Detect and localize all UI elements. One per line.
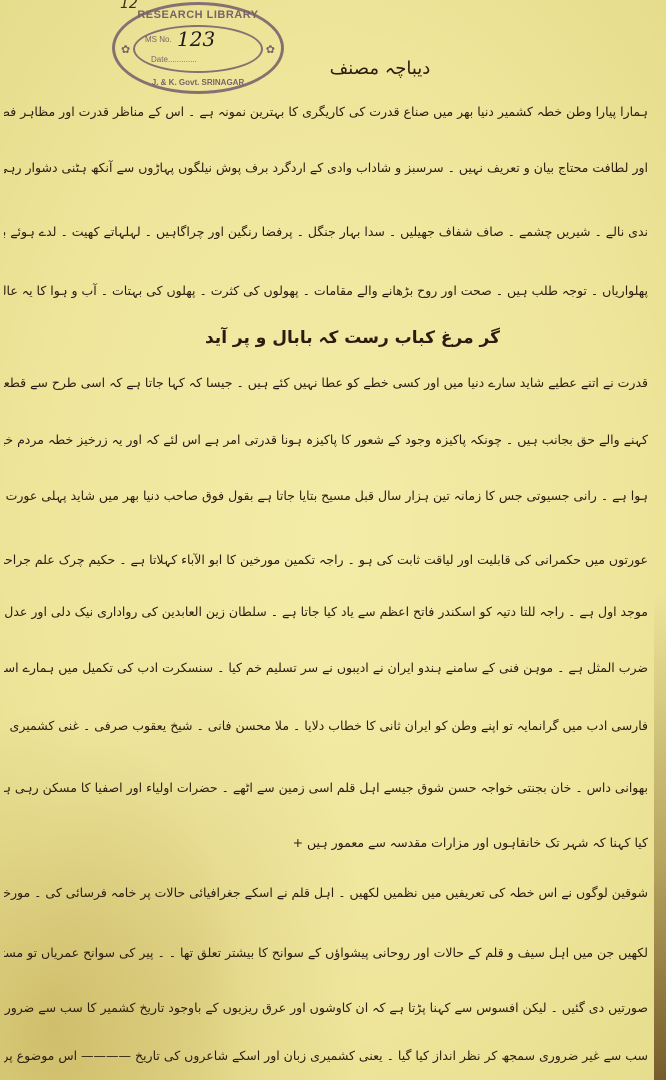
stamp-ornament-icon: ✿ bbox=[266, 43, 275, 56]
manuscript-line: بھوانی داس ۔ خان بجنتی خواجہ حسن شوق جیس… bbox=[4, 780, 648, 795]
stamp-institution: J. & K. Govt. SRINAGAR bbox=[115, 78, 281, 87]
library-stamp: RESEARCH LIBRARY ✿ ✿ MS No. 123 Date....… bbox=[112, 2, 284, 94]
manuscript-line: پھلواریاں ۔ توجہ طلب ہیں ۔ صحت اور روح ب… bbox=[4, 283, 648, 298]
manuscript-line: صورتیں دی گئیں ۔ لیکن افسوس سے کہنا پڑتا… bbox=[4, 1000, 648, 1015]
manuscript-line: فارسی ادب میں گرانمایہ تو اپنے وطن کو ای… bbox=[4, 718, 648, 733]
manuscript-line: لکھیں جن میں اہل سیف و قلم کے حالات اور … bbox=[4, 945, 648, 960]
manuscript-line: کیا کہنا کہ شہر تک خانقاہوں اور مزارات م… bbox=[4, 835, 648, 850]
manuscript-line: ضرب المثل ہے ۔ موہن فنی کے سامنے ہندو ای… bbox=[4, 660, 648, 675]
manuscript-line: عورتوں میں حکمرانی کی قابلیت اور لیاقت ث… bbox=[4, 552, 648, 567]
stamp-date-label: Date............. bbox=[151, 55, 197, 64]
manuscript-line: قدرت نے اتنے عطیے شاید سارے دنیا میں اور… bbox=[4, 375, 648, 390]
stamp-library-name: RESEARCH LIBRARY bbox=[115, 9, 281, 21]
manuscript-page: 12 RESEARCH LIBRARY ✿ ✿ MS No. 123 Date.… bbox=[0, 0, 666, 1080]
manuscript-line: موجد اول ہے ۔ راجہ للتا دتیہ کو اسکندر ف… bbox=[4, 604, 648, 619]
page-binding-edge bbox=[654, 0, 666, 1080]
manuscript-line: ہوا ہے ۔ رانی جسیوتی جس کا زمانہ تین ہزا… bbox=[4, 488, 648, 503]
manuscript-line: اور لطافت محتاج بیان و تعریف نہیں ۔ سرسب… bbox=[4, 160, 648, 175]
stamp-ornament-icon: ✿ bbox=[121, 43, 130, 56]
manuscript-line: ندی نالے ۔ شیریں چشمے ۔ صاف شفاف جھیلیں … bbox=[4, 224, 648, 239]
section-heading: گر مرغ کباب رست کہ بابال و پر آید bbox=[250, 327, 500, 348]
page-title: دیباچہ مصنف bbox=[300, 58, 460, 79]
manuscript-line: سب سے غیر ضروری سمجھ کر نظر انداز کیا گی… bbox=[4, 1048, 648, 1063]
manuscript-line: کہنے والے حق بجانب ہیں ۔ چونکہ پاکیزہ وج… bbox=[4, 432, 648, 447]
manuscript-line: شوقین لوگوں نے اس خطہ کی تعریفیں میں نظم… bbox=[4, 885, 648, 900]
stamp-ms-label: MS No. bbox=[145, 35, 172, 44]
manuscript-line: ہمارا پیارا وطن خطہ کشمیر دنیا بھر میں ص… bbox=[4, 104, 648, 119]
stamp-ms-number: 123 bbox=[177, 27, 215, 51]
